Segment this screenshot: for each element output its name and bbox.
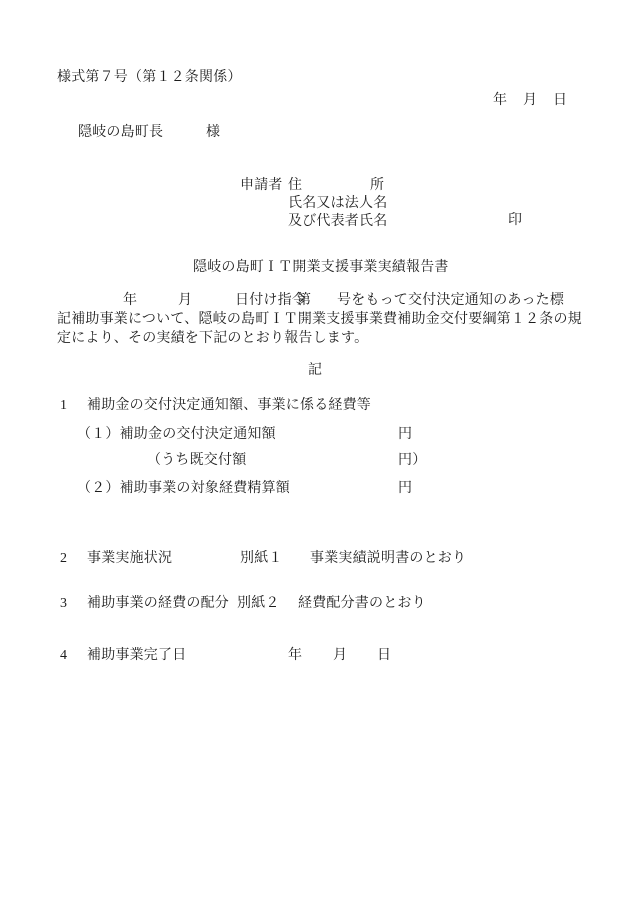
ki-marker: 記 xyxy=(308,363,322,379)
seal-mark: 印 xyxy=(508,213,522,229)
body-line3: 定により、その実績を下記のとおり報告します。 xyxy=(57,331,368,347)
section4-year-label: 年 xyxy=(288,648,302,664)
section2-heading: 事業実施状況 xyxy=(87,551,172,567)
date-day-label: 日 xyxy=(553,93,567,109)
addressee-name: 隠岐の島町長 xyxy=(78,125,163,141)
section3-heading: 補助事業の経費の配分 xyxy=(87,596,229,612)
section1-number: 1 xyxy=(60,398,67,414)
section1-item1b-label: （うち既交付額 xyxy=(147,453,246,469)
applicant-representative-line: 及び代表者氏名 xyxy=(288,214,387,230)
section4-heading: 補助事業完了日 xyxy=(87,648,186,664)
applicant-address-right: 所 xyxy=(370,178,384,194)
section1-heading: 補助金の交付決定通知額、事業に係る経費等 xyxy=(87,398,371,414)
section3-number: 3 xyxy=(60,596,67,612)
section1-item1-unit: 円 xyxy=(398,427,412,443)
section4-number: 4 xyxy=(60,648,67,664)
applicant-label: 申請者 xyxy=(240,178,283,194)
section3-note: 経費配分書のとおり xyxy=(298,596,426,612)
section1-item2-label: （２）補助事業の対象経費精算額 xyxy=(77,481,290,497)
body-day-phrase: 日付け指令 xyxy=(235,293,306,309)
body-year-label: 年 xyxy=(123,293,137,309)
section1-item1b-unit: 円） xyxy=(398,453,426,469)
body-dai-label: 第 xyxy=(297,293,311,309)
section4-month-label: 月 xyxy=(333,648,347,664)
form-number: 様式第７号（第１２条関係） xyxy=(57,70,242,86)
section2-number: 2 xyxy=(60,551,67,567)
body-month-label: 月 xyxy=(178,293,192,309)
section1-item2-unit: 円 xyxy=(398,481,412,497)
applicant-name-line: 氏名又は法人名 xyxy=(288,196,387,212)
body-line1-rest: 号をもって交付決定通知のあった標 xyxy=(337,293,564,309)
section4-day-label: 日 xyxy=(377,648,391,664)
applicant-address-left: 住 xyxy=(288,178,302,194)
date-month-label: 月 xyxy=(523,93,537,109)
section3-attachment: 別紙２ xyxy=(237,596,280,612)
body-line2: 記補助事業について、隠岐の島町ＩＴ開業支援事業費補助金交付要綱第１２条の規 xyxy=(57,312,582,328)
section2-attachment: 別紙１ xyxy=(240,551,283,567)
section1-item1-label: （１）補助金の交付決定通知額 xyxy=(77,427,276,443)
document-title: 隠岐の島町ＩＴ開業支援事業実績報告書 xyxy=(193,260,449,276)
section2-note: 事業実績説明書のとおり xyxy=(310,551,466,567)
document-page: 様式第７号（第１２条関係） 年 月 日 隠岐の島町長 様 申請者 住 所 氏名又… xyxy=(0,0,630,915)
date-year-label: 年 xyxy=(493,93,507,109)
addressee-honorific: 様 xyxy=(206,125,220,141)
